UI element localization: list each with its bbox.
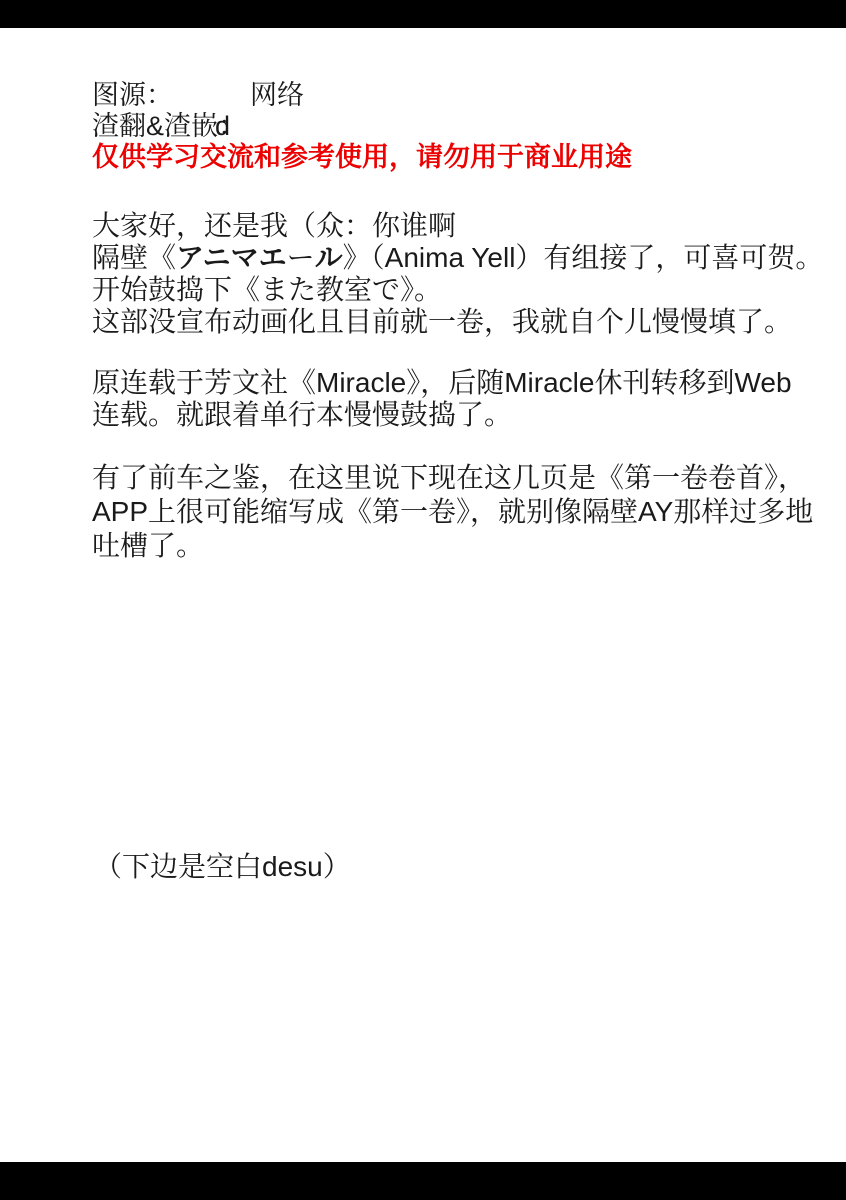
credits-block: 图源：网络 渣翻&渣嵌：d 仅供学习交流和参考使用，请勿用于商业用途 [92, 80, 632, 173]
source-value: 网络 [250, 80, 304, 110]
staff-label: 渣翻&渣嵌： [92, 111, 215, 142]
title-bold-segment: アニマエ [176, 242, 287, 273]
bottom-page-edge-bar [0, 1162, 846, 1200]
notes-line: 原连载于芳文社《Miracle》，后随Miracle休刊转移到Web [92, 367, 792, 399]
notes-paragraph-naming: 有了前车之鉴，在这里说下现在这几页是《第一卷卷首》， APP上很可能缩写成《第一… [92, 461, 813, 563]
credit-row-source: 图源：网络 [92, 80, 632, 111]
top-page-edge-bar [0, 0, 846, 28]
source-label: 图源： [92, 80, 250, 111]
notes-line-series-title: 隔壁《アニマエール》（Anima Yell）有组接了，可喜可贺。 [92, 242, 823, 274]
notes-paragraph-serialization: 原连载于芳文社《Miracle》，后随Miracle休刊转移到Web 连载。就跟… [92, 367, 792, 431]
blank-below-note: （下边是空白desu） [94, 845, 351, 885]
staff-value: d [215, 111, 230, 141]
notes-line: 连载。就跟着单行本慢慢鼓捣了。 [92, 399, 792, 431]
notes-line: 这部没宣布动画化且目前就一卷，我就自个儿慢慢填了。 [92, 306, 823, 338]
title-line-post: 》（Anima Yell）有组接了，可喜可贺。 [343, 242, 824, 273]
title-line-pre: 隔壁《 [92, 242, 176, 273]
notes-line: 吐槽了。 [92, 529, 813, 563]
title-dash: ー [287, 242, 315, 273]
notes-line: 开始鼓捣下《また教室で》。 [92, 274, 823, 306]
notes-line: 大家好，还是我（众：你谁啊 [92, 210, 823, 242]
credit-row-staff: 渣翻&渣嵌：d [92, 111, 632, 142]
title-bold-segment: ル [315, 242, 343, 273]
notes-line: 有了前车之鉴，在这里说下现在这几页是《第一卷卷首》， [92, 461, 813, 495]
notes-paragraph-greeting: 大家好，还是我（众：你谁啊 隔壁《アニマエール》（Anima Yell）有组接了… [92, 210, 823, 338]
notes-line: APP上很可能缩写成《第一卷》，就别像隔壁AY那样过多地 [92, 495, 813, 529]
disclaimer-text: 仅供学习交流和参考使用，请勿用于商业用途 [92, 142, 632, 173]
scanlation-credits-page: 图源：网络 渣翻&渣嵌：d 仅供学习交流和参考使用，请勿用于商业用途 大家好，还… [0, 0, 846, 1200]
